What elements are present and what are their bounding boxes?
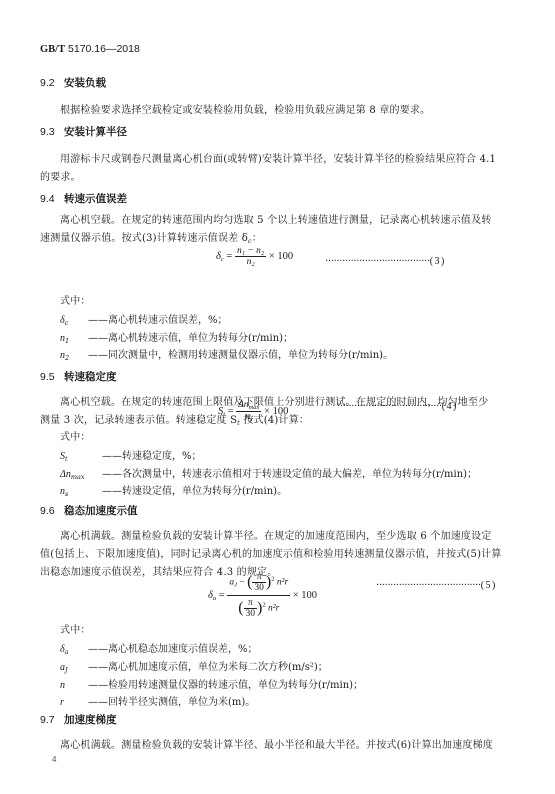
section-heading-9-4: 9.4转速示值误差	[40, 191, 127, 206]
definition-n1: n1——离心机转速示值，单位为转每分(r/min)；	[60, 329, 293, 345]
section-heading-9-5: 9.5转速稳定度	[40, 369, 117, 384]
definition-delta-a: δa——离心机稳态加速度示值误差，%；	[60, 640, 258, 656]
where-label-4: 式中：	[60, 428, 91, 443]
paragraph-9-4-line1: 离心机空载。在规定的转速范围内均匀选取 5 个以上转速值进行测量，记录离心机转速…	[60, 211, 492, 226]
fraction: aJ − (π30)2 n²r (π30)2 n²r	[227, 572, 290, 619]
section-heading-9-6: 9.6稳态加速度示值	[40, 503, 138, 518]
standard-prefix: GB/T	[40, 44, 65, 55]
paragraph-9-3-line1: 用游标卡尺或钢卷尺测量离心机台面(或转臂)安装计算半径，安装计算半径的检验结果应…	[60, 150, 496, 165]
formula-5: δa = aJ − (π30)2 n²r (π30)2 n²r × 100	[208, 572, 317, 619]
page-number: 4	[52, 755, 56, 764]
definition-st: St——转速稳定度，%；	[60, 447, 202, 463]
equation-leader-4: ·····································( 4…	[337, 401, 456, 412]
definition-delta-n-max: Δnmax——各次测量中，转速表示值相对于转速设定值的最大偏差，单位为转每分(r…	[60, 465, 477, 481]
equation-leader-5: ·····································( 5…	[376, 580, 495, 591]
paragraph-9-6-line1: 离心机满载。测量检验负载的安装计算半径。在规定的加速度范围内，至少选取 6 个加…	[60, 527, 492, 542]
standard-number: 5170.16—2018	[68, 43, 140, 55]
section-title: 转速示值误差	[64, 193, 127, 205]
definition-r: r——回转半径实测值，单位为米(m)。	[60, 693, 255, 708]
formula-4: St = Δnmax ns × 100	[218, 400, 288, 423]
definition-ns: ns——转速设定值，单位为转每分(r/min)。	[60, 482, 287, 498]
paragraph-9-2: 根据检验要求选择空载检定或安装检验用负载，检验用负载应满足第 8 章的要求。	[60, 101, 430, 116]
section-heading-9-2: 9.2安装负载	[40, 75, 106, 90]
equation-number-3: ( 3 )	[430, 256, 444, 267]
equation-number-4: ( 4 )	[442, 401, 456, 412]
paragraph-9-7-line1: 离心机满载。测量检验负载的安装计算半径、最小半径和最大半径。并按式(6)计算出加…	[60, 736, 493, 751]
where-label-5: 式中：	[60, 621, 91, 636]
equation-leader-3: ·····································( 3…	[325, 256, 444, 267]
section-heading-9-3: 9.3安装计算半径	[40, 124, 127, 139]
definition-delta-c: δc——离心机转速示值误差，%；	[60, 311, 228, 327]
equation-number-5: ( 5 )	[481, 580, 495, 591]
section-title: 转速稳定度	[64, 371, 117, 383]
definition-aj: aJ——离心机加速度示值，单位为米每二次方秒(m/s²)；	[60, 658, 328, 674]
fraction: Δnmax ns	[236, 400, 261, 423]
document-page: GB/T 5170.16—2018 9.2安装负载 根据检验要求选择空载检定或安…	[0, 0, 555, 794]
definition-n2: n2——同次测量中，检测用转速测量仪器示值，单位为转每分(r/min)。	[60, 346, 393, 362]
paragraph-9-4-line2: 速测量仪器示值。按式(3)计算转速示值误差 δc：	[40, 229, 262, 245]
section-title: 安装计算半径	[64, 126, 127, 138]
section-title: 安装负载	[64, 77, 106, 89]
where-label-3: 式中：	[60, 292, 91, 307]
paragraph-9-3-line2: 的要求。	[40, 168, 81, 183]
section-title: 加速度梯度	[64, 714, 117, 726]
standard-header: GB/T 5170.16—2018	[40, 43, 140, 55]
definition-n: n——检验用转速测量仪器的转速示值，单位为转每分(r/min)；	[60, 676, 363, 691]
paragraph-9-6-line2: 值(包括上、下限加速度值)，同时记录离心机的加速度示值和检验用转速测量仪器示值，…	[40, 545, 502, 560]
section-title: 稳态加速度示值	[64, 505, 138, 517]
formula-3: δc = n₁ − n₂ n₂ × 100	[216, 246, 293, 267]
fraction: n₁ − n₂ n₂	[235, 246, 266, 267]
section-heading-9-7: 9.7加速度梯度	[40, 712, 117, 727]
